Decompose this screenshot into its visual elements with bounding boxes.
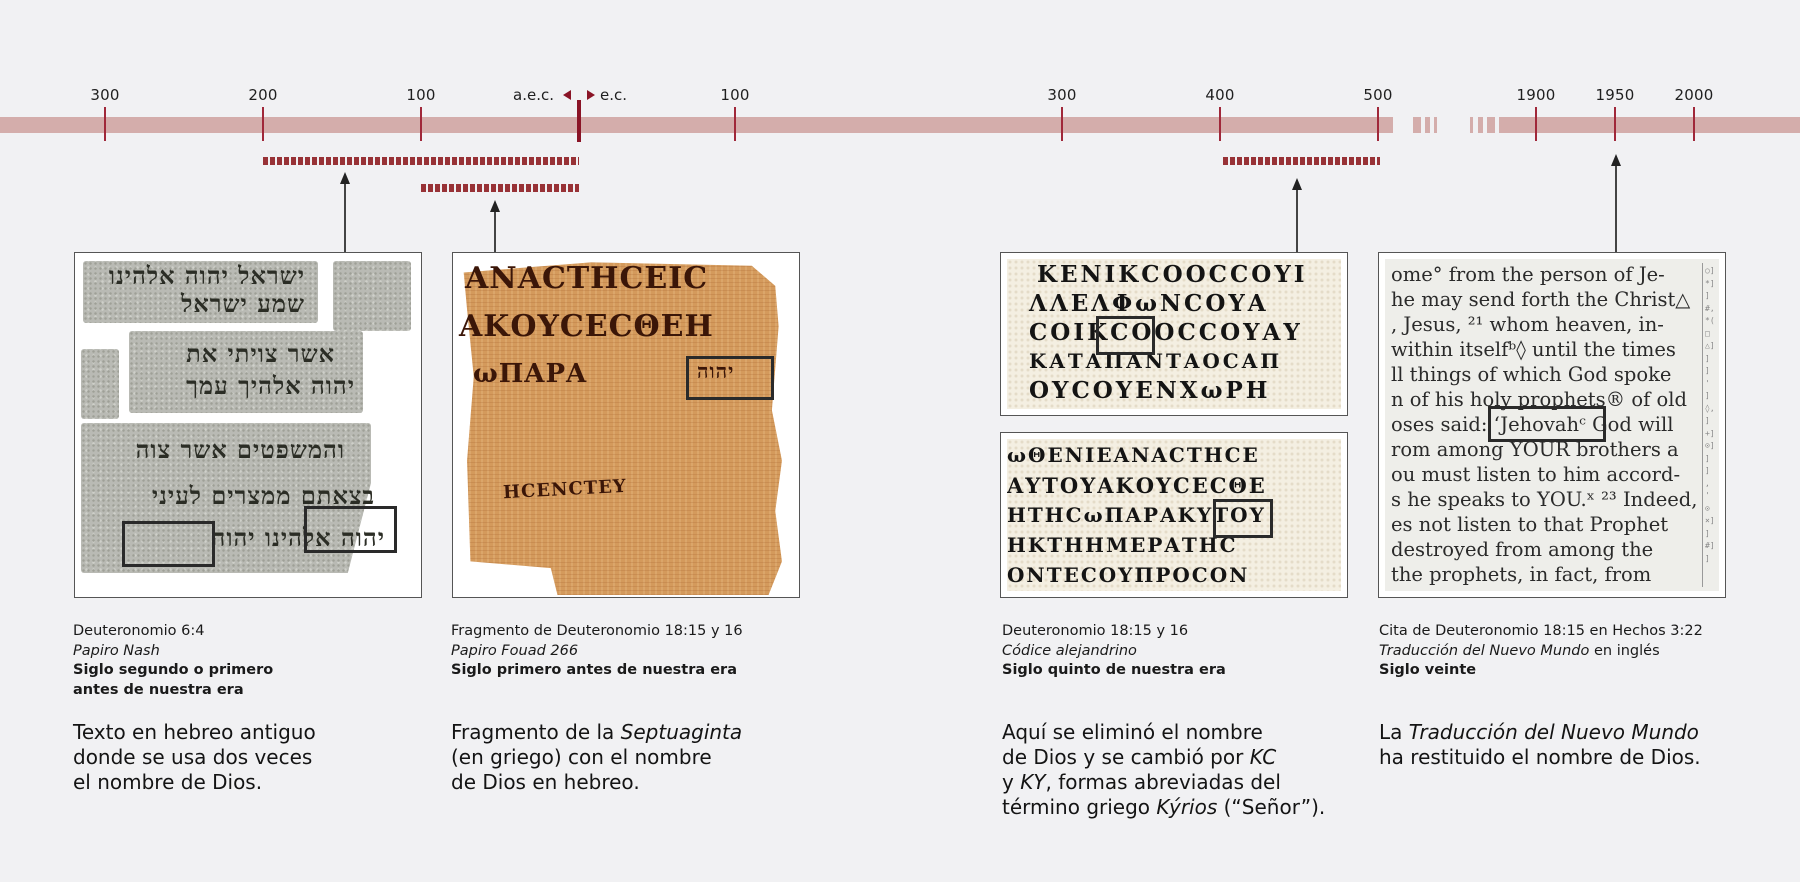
manuscript-photo: ωΘΕΝΙΕΑΝΑCΤΗCΕ ΑΥΤΟΥΑΚΟΥCΕCΘΕ ΗΤΗCωΠΑΡΑΚ… (1007, 439, 1341, 591)
timeline-break-mark (1413, 117, 1421, 133)
timeline-bar-bce (0, 117, 577, 133)
tick-1950-ce (1614, 107, 1616, 141)
tick-label: 1950 (1596, 86, 1635, 104)
pointer-line-nwt (1615, 162, 1617, 252)
description-text: , formas abreviadas del (1046, 770, 1281, 794)
tick-300-bce (104, 107, 106, 141)
tick-label: 300 (90, 86, 119, 104)
hebrew-line: אשר צויתי את (186, 339, 335, 369)
fouad-papyrus-image: ΑΝΑCΤΗCΕΙC ΑΚΟΥCΕCΘΕΗ ωΠΑΡΑ יהוה ΗCΕΝCΤΕ… (452, 252, 800, 598)
description-line: ha restituido el nombre de Dios. (1379, 745, 1779, 770)
tick-label: 2000 (1675, 86, 1714, 104)
text-line: ome° from the person of Je- (1391, 263, 1665, 286)
description-line: de Dios y se cambió por KC (1002, 745, 1362, 770)
source-title: Traducción del Nuevo Mundo (1379, 643, 1589, 659)
description-line: (en griego) con el nombre (451, 745, 811, 770)
description-line: de Dios en hebreo. (451, 770, 811, 795)
greek-line: ΛΛΕΛΦωΝCΟΥΑ (1029, 290, 1269, 317)
caption-source: Papiro Fouad 266 (451, 642, 811, 662)
nwt-page-image: ome° from the person of Je- he may send … (1378, 252, 1726, 598)
tick-1900-ce (1535, 107, 1537, 141)
text-line: he may send forth the Christ△ (1391, 288, 1690, 311)
description-text: (“Señor”). (1217, 795, 1325, 819)
nash-range (263, 157, 579, 165)
tick-label: 300 (1047, 86, 1076, 104)
hebrew-line: ישראל יהוה אלהינו (109, 261, 305, 291)
description-line: Texto en hebreo antiguo (73, 720, 413, 745)
description-line: término griego Kýrios (“Señor”). (1002, 795, 1362, 820)
tick-2000-ce (1693, 107, 1695, 141)
text-line: the prophets, in fact, from (1391, 563, 1651, 586)
nash-papyrus-image: ישראל יהוה אלהינו שמע ישראל אשר צויתי את… (74, 252, 422, 598)
timeline-bar-ce (581, 117, 1393, 133)
era-label-ce: e.c. (600, 86, 627, 104)
timeline: 300 200 100 100 300 400 500 1900 1950 20… (0, 0, 1800, 220)
caption-reference: Deuteronomio 18:15 y 16 (1002, 622, 1362, 642)
pointer-line-fouad (494, 208, 496, 252)
caption-source: Códice alejandrino (1002, 642, 1362, 662)
greek-line: ΟΥCΟΥΕΝΧωΡΗ (1029, 377, 1271, 404)
timeline-break-mark (1434, 117, 1437, 133)
description-line: Aquí se eliminó el nombre (1002, 720, 1362, 745)
text-line: destroyed from among the (1391, 538, 1653, 561)
description-emphasis: Traducción del Nuevo Mundo (1409, 720, 1699, 744)
margin-rule (1702, 263, 1703, 587)
description-text: término griego (1002, 795, 1156, 819)
timeline-break-mark (1478, 117, 1483, 133)
description-text: Fragmento de la (451, 720, 621, 744)
caption-date: Siglo veinte (1379, 661, 1779, 681)
text-line: ou must listen to him accord- (1391, 463, 1680, 486)
caption-fouad: Fragmento de Deuteronomio 18:15 y 16 Pap… (451, 622, 811, 795)
fragment-piece (81, 349, 119, 419)
era-label-bce: a.e.c. (513, 86, 554, 104)
tick-label: 1900 (1517, 86, 1556, 104)
tick-100-bce (420, 107, 422, 141)
caption-description: Fragmento de la Septuaginta (en griego) … (451, 720, 811, 795)
description-emphasis: KC (1250, 745, 1277, 769)
text-line: , Jesus, ²¹ whom heaven, in- (1391, 313, 1664, 336)
caption-reference: Deuteronomio 6:4 (73, 622, 413, 642)
tick-label: 100 (720, 86, 749, 104)
text-line: es not listen to that Prophet (1391, 513, 1668, 536)
greek-line: ΚΕΝΙΚCΟΟCCΟΥΙ (1037, 261, 1308, 288)
greek-line: ΟΝΤΕCΟΥΠΡΟCΟΝ (1007, 563, 1249, 587)
era-divider-tick (577, 100, 581, 142)
arrow-left-icon (563, 90, 571, 100)
alexandrinus-range (1223, 157, 1380, 165)
caption-reference: Cita de Deuteronomio 18:15 en Hechos 3:2… (1379, 622, 1779, 642)
timeline-break-mark (1470, 117, 1473, 133)
caption-date: Siglo segundo o primero (73, 661, 413, 681)
description-text: La (1379, 720, 1409, 744)
tick-label: 100 (406, 86, 435, 104)
description-text: y (1002, 770, 1020, 794)
greek-line: ΗΚΤΗΗΜΕΡΑΤΗC (1007, 533, 1238, 557)
caption-description: Texto en hebreo antiguo donde se usa dos… (73, 720, 413, 795)
caption-alexandrinus: Deuteronomio 18:15 y 16 Códice alejandri… (1002, 622, 1362, 820)
greek-line: ΚΑΤΑΠΑΝΤΑΟCΑΠ (1029, 349, 1282, 373)
tick-label: 200 (248, 86, 277, 104)
caption-nwt: Cita de Deuteronomio 18:15 en Hechos 3:2… (1379, 622, 1779, 770)
text-line: ll things of which God spoke (1391, 363, 1671, 386)
description-emphasis: KY (1020, 770, 1045, 794)
alexandrinus-top-image: ΚΕΝΙΚCΟΟCCΟΥΙ ΛΛΕΛΦωΝCΟΥΑ CΟΙΚCΟΟCCΟΥΑΥ … (1000, 252, 1348, 416)
alexandrinus-bottom-image: ωΘΕΝΙΕΑΝΑCΤΗCΕ ΑΥΤΟΥΑΚΟΥCΕCΘΕ ΗΤΗCωΠΑΡΑΚ… (1000, 432, 1348, 598)
tick-400-ce (1219, 107, 1221, 141)
tick-label: 400 (1205, 86, 1234, 104)
caption-description: La Traducción del Nuevo Mundo ha restitu… (1379, 720, 1779, 770)
caption-source: Traducción del Nuevo Mundo en inglés (1379, 642, 1779, 662)
jehovah-highlight (1488, 406, 1606, 442)
greek-line: ΑΝΑCΤΗCΕΙC (465, 261, 708, 296)
description-line: La Traducción del Nuevo Mundo (1379, 720, 1779, 745)
caption-date: Siglo quinto de nuestra era (1002, 661, 1362, 681)
source-suffix: en inglés (1589, 643, 1659, 659)
hebrew-line: שמע ישראל (181, 289, 305, 319)
arrow-up-icon (340, 172, 350, 184)
arrow-up-icon (1611, 154, 1621, 166)
greek-line: ΑΚΟΥCΕCΘΕΗ (459, 309, 714, 344)
description-line: y KY, formas abreviadas del (1002, 770, 1362, 795)
arrow-up-icon (490, 200, 500, 212)
divine-name-highlight (122, 521, 215, 567)
tick-100-ce (734, 107, 736, 141)
timeline-break-mark (1425, 117, 1430, 133)
caption-nash: Deuteronomio 6:4 Papiro Nash Siglo segun… (73, 622, 413, 795)
caption-date: antes de nuestra era (73, 681, 413, 701)
divine-name-highlight (304, 506, 397, 553)
description-line: el nombre de Dios. (73, 770, 413, 795)
fragment-piece (333, 261, 411, 331)
caption-date: Siglo primero antes de nuestra era (451, 661, 811, 681)
greek-line: ωΠΑΡΑ (473, 359, 587, 389)
caption-reference: Fragmento de Deuteronomio 18:15 y 16 (451, 622, 811, 642)
tick-200-bce (262, 107, 264, 141)
greek-line: CΟΙΚCΟΟCCΟΥΑΥ (1029, 319, 1303, 346)
fouad-range (421, 184, 579, 192)
pointer-line-alexandrinus (1296, 186, 1298, 252)
description-text: de Dios y se cambió por (1002, 745, 1250, 769)
text-line: s he speaks to YOU.ˣ ²³ Indeed, (1391, 488, 1697, 511)
text-line: within itselfᵇ◊ until the times (1391, 338, 1676, 361)
description-emphasis: Septuaginta (621, 720, 743, 744)
description-line: Fragmento de la Septuaginta (451, 720, 811, 745)
tick-500-ce (1377, 107, 1379, 141)
kc-abbreviation-highlight (1096, 316, 1155, 355)
margin-references: ○]*]]#,*(□△]]]']◊,]+]⊙]]],'⊙×]]#]] (1705, 265, 1717, 565)
description-line: donde se usa dos veces (73, 745, 413, 770)
divine-name-highlight (686, 356, 774, 400)
timeline-bar-modern (1499, 117, 1800, 133)
pointer-line-nash (344, 180, 346, 252)
tick-label: 500 (1363, 86, 1392, 104)
timeline-break-mark (1487, 117, 1495, 133)
arrow-up-icon (1292, 178, 1302, 190)
caption-source: Papiro Nash (73, 642, 413, 662)
ky-abbreviation-highlight (1213, 499, 1273, 538)
tick-300-ce (1061, 107, 1063, 141)
description-emphasis: Kýrios (1156, 795, 1217, 819)
hebrew-line: יהוה אלהיך עמך (186, 371, 355, 401)
greek-line: ωΘΕΝΙΕΑΝΑCΤΗCΕ (1007, 443, 1260, 467)
hebrew-line: והמשפטים אשר צוה (136, 435, 345, 465)
greek-line: ΑΥΤΟΥΑΚΟΥCΕCΘΕ (1007, 473, 1267, 498)
caption-description: Aquí se eliminó el nombre de Dios y se c… (1002, 720, 1362, 820)
arrow-right-icon (587, 90, 595, 100)
manuscript-photo: ΚΕΝΙΚCΟΟCCΟΥΙ ΛΛΕΛΦωΝCΟΥΑ CΟΙΚCΟΟCCΟΥΑΥ … (1007, 259, 1341, 409)
